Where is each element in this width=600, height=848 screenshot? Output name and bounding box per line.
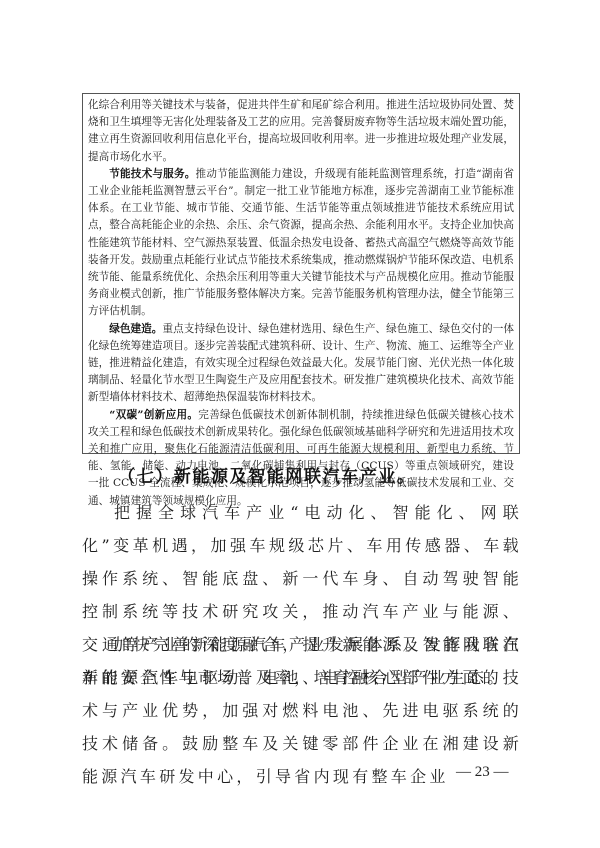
boxed-text-section: 化综合利用等关键技术与装备，促进共伴生矿和尾矿综合利用。推进生活垃圾协同处置、焚… bbox=[82, 93, 520, 454]
continuation-paragraph: 化综合利用等关键技术与装备，促进共伴生矿和尾矿综合利用。推进生活垃圾协同处置、焚… bbox=[88, 97, 514, 166]
item-green-construction: 绿色建造。重点支持绿色设计、绿色建材选用、绿色生产、绿色施工、绿色交付的一体化绿… bbox=[88, 321, 514, 407]
item-dual-carbon: “双碳”创新应用。完善绿色低碳技术创新体制机制，持续推进绿色低碳关键核心技术攻关… bbox=[88, 407, 514, 510]
section-heading: （七）新能源及智能网联汽车产业。 bbox=[118, 462, 416, 487]
page-number: — 23 — bbox=[456, 764, 509, 781]
item-lead: 绿色建造。 bbox=[109, 323, 162, 335]
item-lead: “双碳”创新应用。 bbox=[109, 409, 198, 421]
item-energy-saving: 节能技术与服务。推动节能监测能力建设，升级现有能耗监测管理系统，打造“湖南省工业… bbox=[88, 166, 514, 321]
item-lead: 节能技术与服务。 bbox=[109, 168, 195, 180]
item-text: 完善绿色低碳技术创新体制机制，持续推进绿色低碳关键核心技术攻关工程和绿色低碳技术… bbox=[88, 409, 514, 507]
item-text: 推动节能监测能力建设，升级现有能耗监测管理系统，打造“湖南省工业企业能耗监测智慧… bbox=[88, 168, 514, 318]
document-page: 化综合利用等关键技术与装备，促进共伴生矿和尾矿综合利用。推进生活垃圾协同处置、焚… bbox=[0, 0, 600, 848]
